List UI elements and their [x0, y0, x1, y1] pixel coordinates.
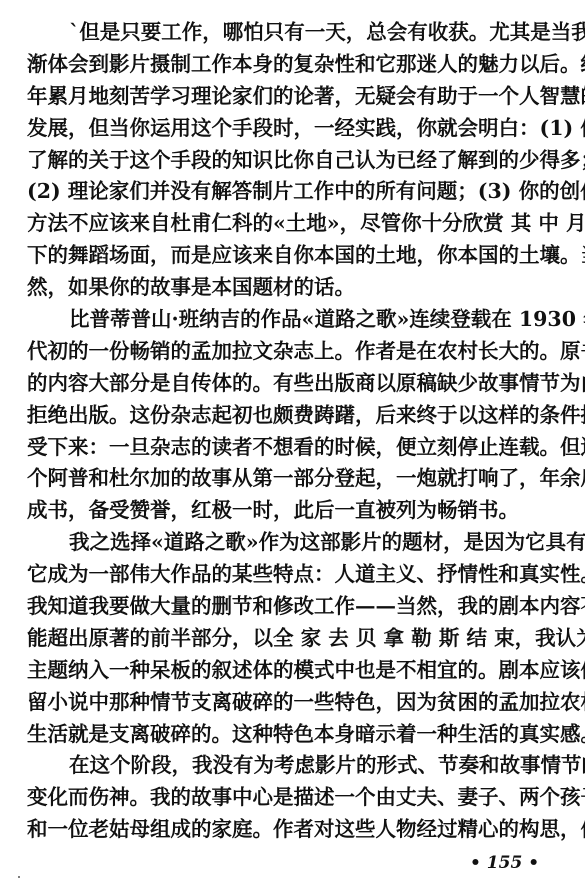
- text-line: 拒绝出版。这份杂志起初也颇费踌躇，后来终于以这样的条件接: [27, 400, 549, 432]
- text-line: 个阿普和杜尔加的故事从第一部分登起，一炮就打响了，年余后: [27, 463, 549, 495]
- text-line: 变化而伤神。我的故事中心是描述一个由丈夫、妻子、两个孩子: [27, 782, 549, 814]
- paragraph-1: `但是只要工作，哪怕只有一天，总会有收获。尤其是当我逐 渐体会到影片摄制工作本身…: [27, 17, 549, 304]
- scan-speck: [18, 876, 20, 878]
- text-line: 主题纳入一种呆板的叙述体的模式中也是不相宜的。剧本应该保: [27, 655, 549, 687]
- paragraph-4: 在这个阶段，我没有为考虑影片的形式、节奏和故事情节的 变化而伤神。我的故事中心是…: [27, 750, 549, 846]
- text-line: 的内容大部分是自传体的。有些出版商以原稿缺少故事情节为由: [27, 368, 549, 400]
- text-line: 生活就是支离破碎的。这种特色本身暗示着一种生活的真实感。: [27, 719, 549, 751]
- text-line: 下的舞蹈场面，而是应该来自你本国的土地，你本国的土壤。当: [27, 240, 549, 272]
- book-page-body: `但是只要工作，哪怕只有一天，总会有收获。尤其是当我逐 渐体会到影片摄制工作本身…: [27, 17, 549, 846]
- text-line: 比普蒂普山·班纳吉的作品«道路之歌»连续登载在 1930 年: [27, 304, 549, 336]
- text-line: 代初的一份畅销的孟加拉文杂志上。作者是在农村长大的。原书: [27, 336, 549, 368]
- text-line: 能超出原著的前半部分，以全 家 去 贝 拿 勒 斯 结 束，我认为把: [27, 623, 549, 655]
- text-line: 在这个阶段，我没有为考虑影片的形式、节奏和故事情节的: [27, 750, 549, 782]
- text-line: 成书，备受赞誉，红极一时，此后一直被列为畅销书。: [27, 495, 549, 527]
- text-line: 留小说中那种情节支离破碎的一些特色，因为贫困的孟加拉农村: [27, 687, 549, 719]
- text-line: 和一位老姑母组成的家庭。作者对这些人物经过精心的构思，使: [27, 814, 549, 846]
- text-line: 方法不应该来自杜甫仁科的«土地»，尽管你十分欣赏 其 中 月 光: [27, 208, 549, 240]
- text-line: 渐体会到影片摄制工作本身的复杂性和它那迷人的魅力以后。经: [27, 49, 549, 81]
- text-line: 我知道我要做大量的删节和修改工作——当然，我的剧本内容不: [27, 591, 549, 623]
- paragraph-2: 比普蒂普山·班纳吉的作品«道路之歌»连续登载在 1930 年 代初的一份畅销的孟…: [27, 304, 549, 527]
- text-line: 然，如果你的故事是本国题材的话。: [27, 272, 549, 304]
- text-line: 发展，但当你运用这个手段时，一经实践，你就会明白：(1) 你: [27, 113, 549, 145]
- paragraph-3: 我之选择«道路之歌»作为这部影片的题材，是因为它具有使 它成为一部伟大作品的某些…: [27, 527, 549, 750]
- text-line: 了解的关于这个手段的知识比你自己认为已经了解到的少得多；: [27, 145, 549, 177]
- text-line: 它成为一部伟大作品的某些特点：人道主义、抒情性和真实性。: [27, 559, 549, 591]
- text-line: 受下来：一旦杂志的读者不想看的时候，便立刻停止连载。但这: [27, 432, 549, 464]
- text-line: (2) 理论家们并没有解答制片工作中的所有问题；(3) 你的创作: [27, 176, 549, 208]
- text-line: 我之选择«道路之歌»作为这部影片的题材，是因为它具有使: [27, 527, 549, 559]
- text-line: 年累月地刻苦学习理论家们的论著，无疑会有助于一个人智慧的: [27, 81, 549, 113]
- text-line: `但是只要工作，哪怕只有一天，总会有收获。尤其是当我逐: [27, 17, 549, 49]
- page-number: • 155 •: [470, 851, 530, 875]
